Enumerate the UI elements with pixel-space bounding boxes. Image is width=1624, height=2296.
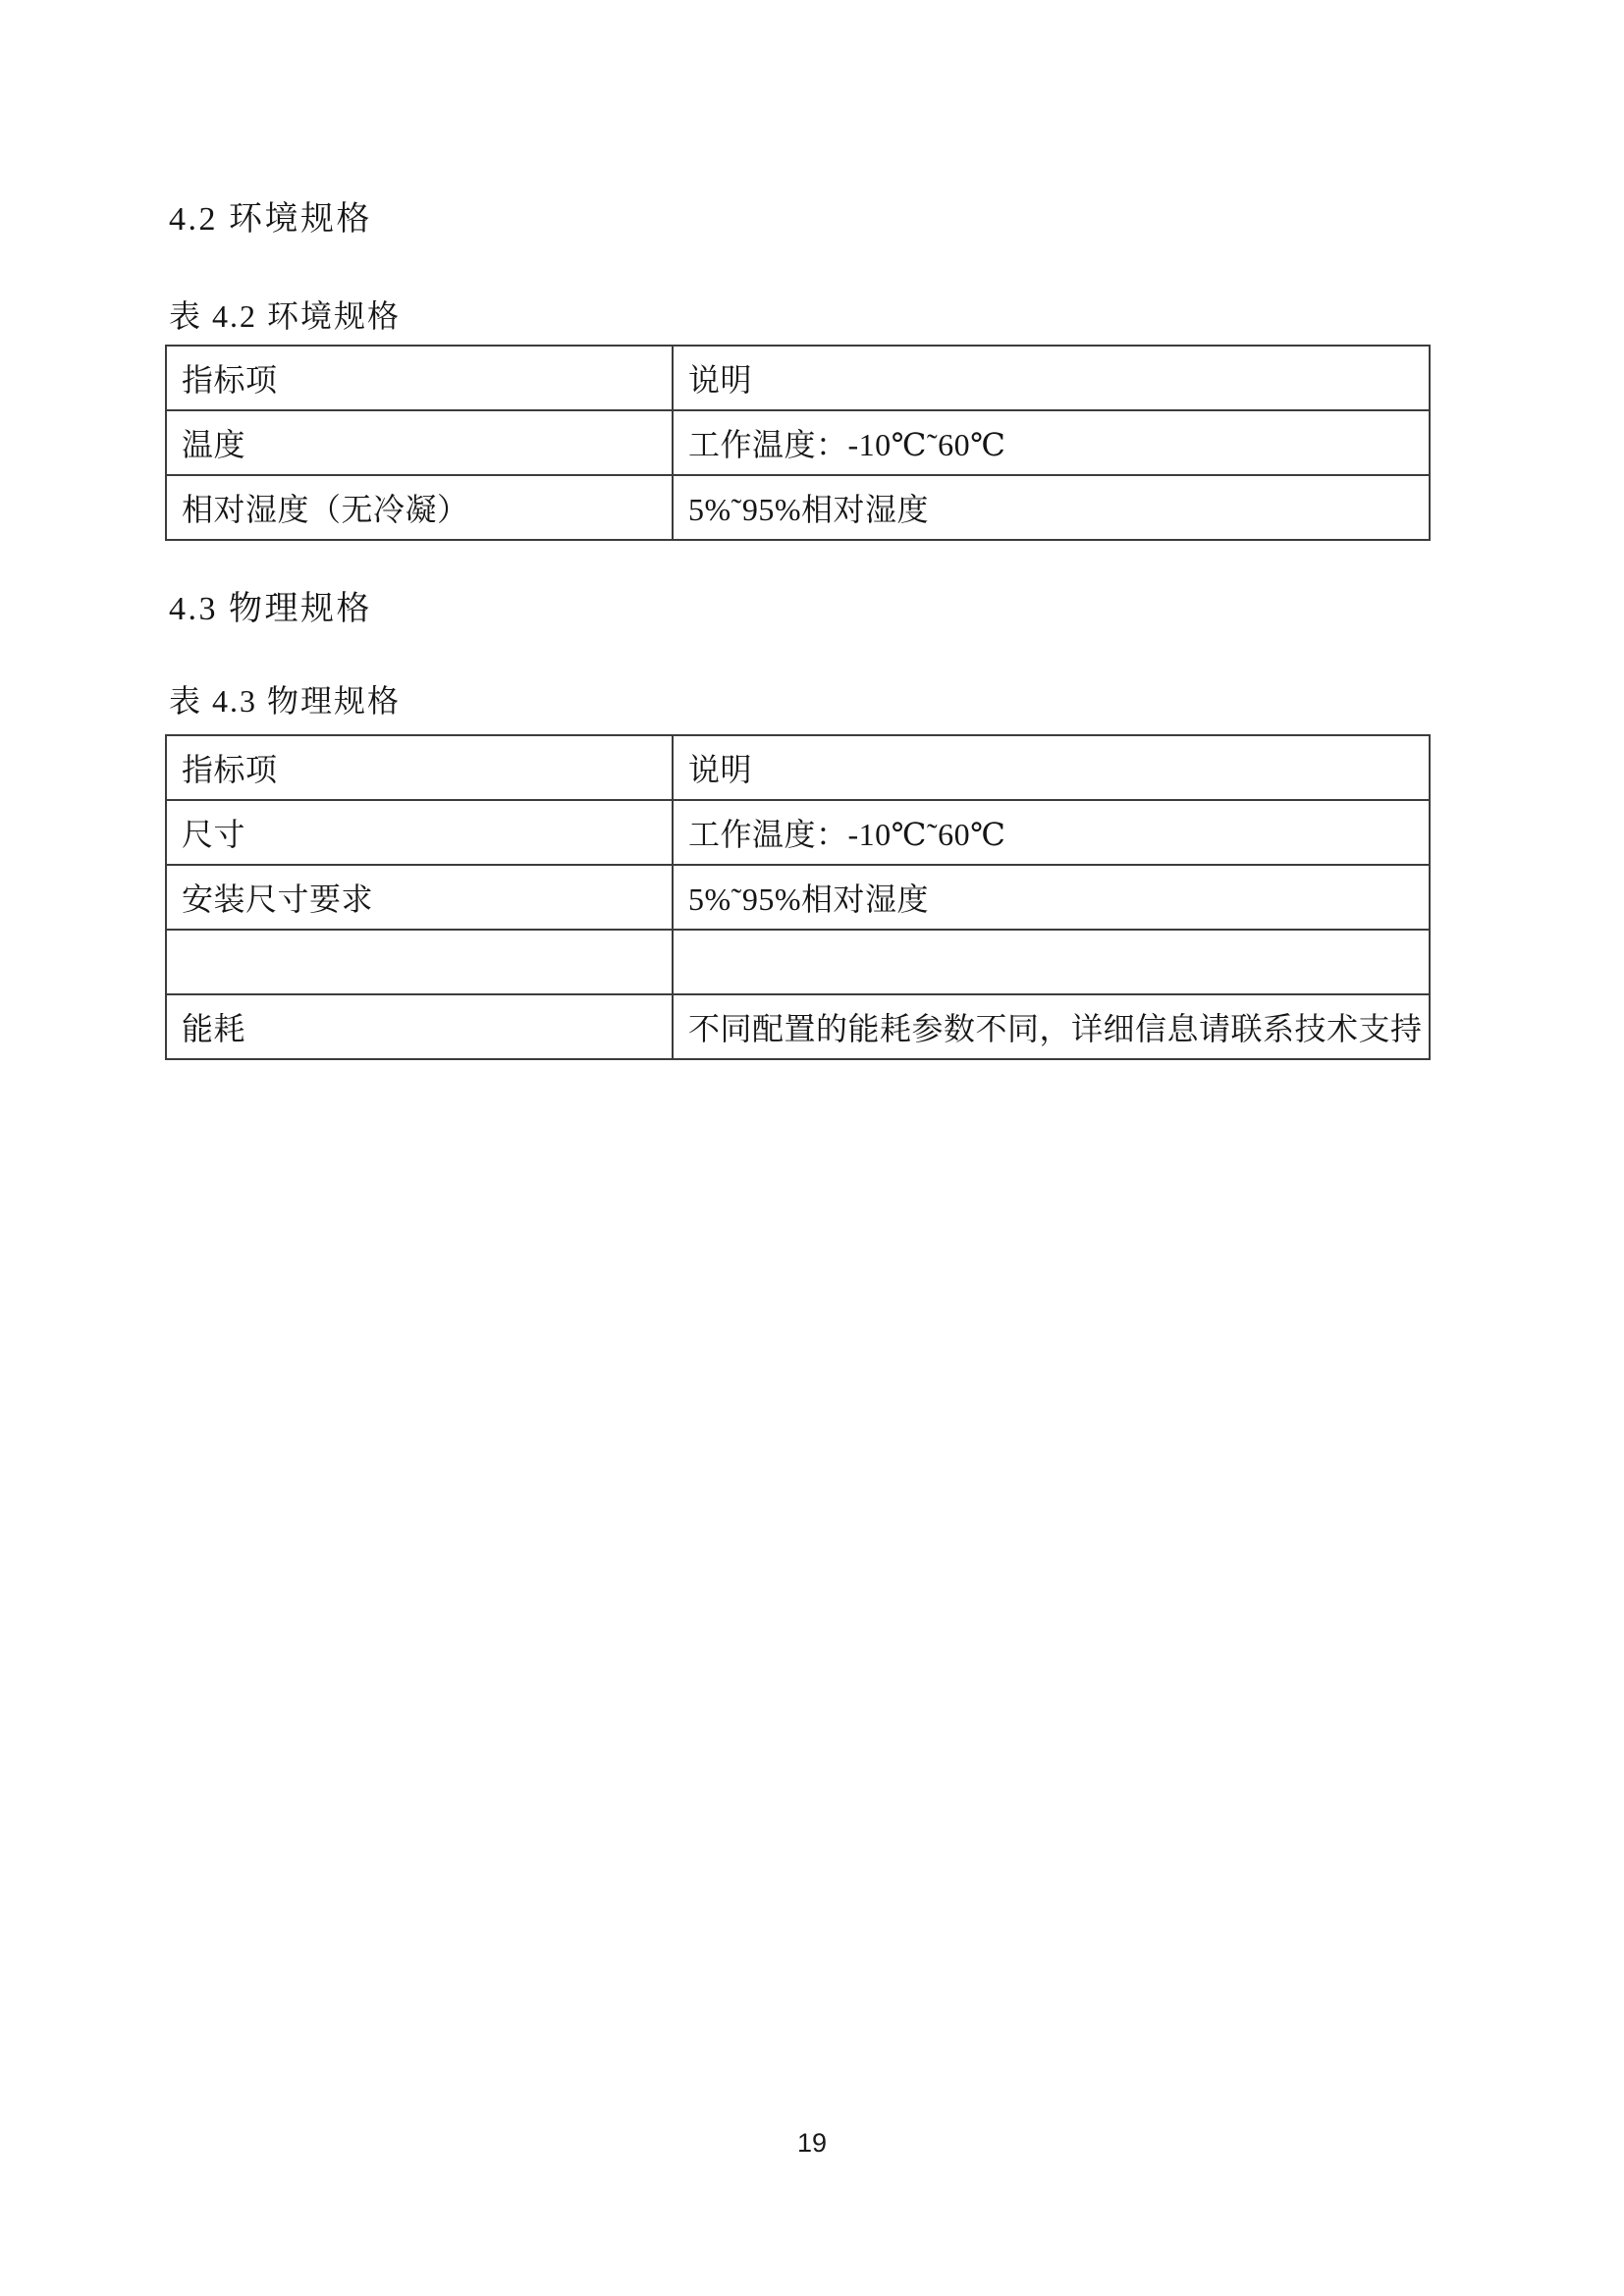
section-4-3-heading: 4.3 物理规格: [169, 589, 372, 631]
table-row: 能耗 不同配置的能耗参数不同，详细信息请联系技术支持: [166, 994, 1430, 1059]
row-label-cell: 相对湿度（无冷凝）: [166, 475, 673, 540]
row-label-cell: [166, 930, 673, 994]
table-header-row: 指标项 说明: [166, 735, 1430, 800]
row-value-cell: [673, 930, 1430, 994]
section-4-2-heading: 4.2 环境规格: [169, 199, 372, 241]
document-page: { "sections": [ { "heading": "4.2 环境规格",…: [0, 0, 1624, 2296]
table-row: 安装尺寸要求 5%˜95%相对湿度: [166, 865, 1430, 930]
row-value-cell: 5%˜95%相对湿度: [673, 475, 1430, 540]
table-row: 尺寸 工作温度：-10℃˜60℃: [166, 800, 1430, 865]
table-4-3-caption: 表 4.3 物理规格: [169, 683, 401, 720]
col-header-description: 说明: [673, 735, 1430, 800]
row-value-cell: 工作温度：-10℃˜60℃: [673, 410, 1430, 475]
row-label-cell: 能耗: [166, 994, 673, 1059]
environment-spec-table: 指标项 说明 温度 工作温度：-10℃˜60℃ 相对湿度（无冷凝） 5%˜95%…: [165, 345, 1431, 541]
row-value-cell: 工作温度：-10℃˜60℃: [673, 800, 1430, 865]
col-header-item: 指标项: [166, 735, 673, 800]
row-label-cell: 安装尺寸要求: [166, 865, 673, 930]
table-header-row: 指标项 说明: [166, 346, 1430, 410]
table-row: 相对湿度（无冷凝） 5%˜95%相对湿度: [166, 475, 1430, 540]
table-row-empty: [166, 930, 1430, 994]
page-number: 19: [0, 2128, 1624, 2159]
table-4-2-caption: 表 4.2 环境规格: [169, 298, 401, 335]
row-label-cell: 尺寸: [166, 800, 673, 865]
physical-spec-table: 指标项 说明 尺寸 工作温度：-10℃˜60℃ 安装尺寸要求 5%˜95%相对湿…: [165, 734, 1431, 1060]
col-header-item: 指标项: [166, 346, 673, 410]
row-value-cell: 5%˜95%相对湿度: [673, 865, 1430, 930]
row-label-cell: 温度: [166, 410, 673, 475]
col-header-description: 说明: [673, 346, 1430, 410]
row-value-cell: 不同配置的能耗参数不同，详细信息请联系技术支持: [673, 994, 1430, 1059]
table-row: 温度 工作温度：-10℃˜60℃: [166, 410, 1430, 475]
